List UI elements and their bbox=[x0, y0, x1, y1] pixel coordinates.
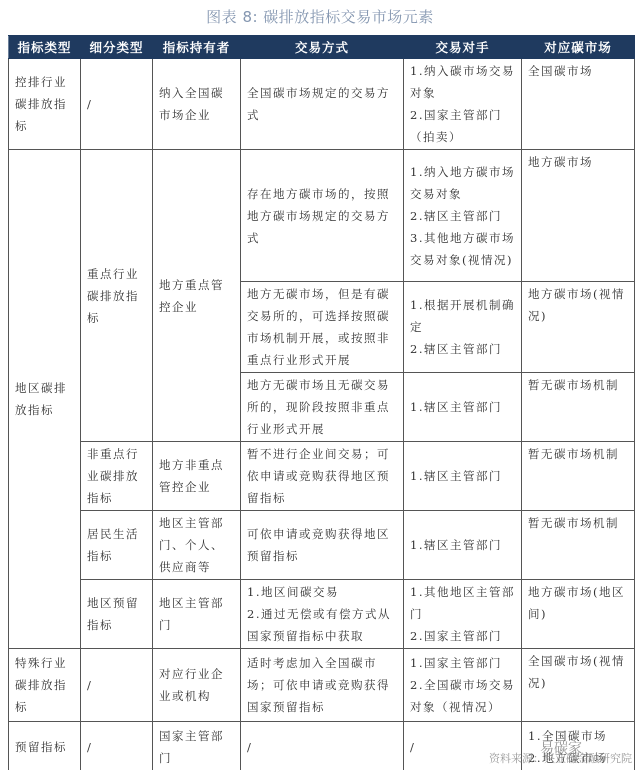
cell-subtype: 地区预留指标 bbox=[81, 580, 153, 649]
header-counterparty: 交易对手 bbox=[404, 36, 522, 59]
cell-method: 暂不进行企业间交易；可依申请或竞购获得地区预留指标 bbox=[241, 442, 404, 511]
table-row: 地区碳排放指标 重点行业碳排放指标 地方重点管控企业 存在地方碳市场的，按照地方… bbox=[9, 150, 635, 282]
cell-type: 地区碳排放指标 bbox=[9, 150, 81, 649]
cell-type: 控排行业碳排放指标 bbox=[9, 59, 81, 150]
cell-subtype: / bbox=[81, 59, 153, 150]
cell-market: 暂无碳市场机制 bbox=[522, 511, 635, 580]
header-market: 对应碳市场 bbox=[522, 36, 635, 59]
cell-method: 可依申请或竞购获得地区预留指标 bbox=[241, 511, 404, 580]
counterparty-line: 3.其他地方碳市场交易对象(视情况) bbox=[410, 227, 515, 271]
cell-method: 全国碳市场规定的交易方式 bbox=[241, 59, 404, 150]
header-holder: 指标持有者 bbox=[153, 36, 241, 59]
cell-method: 存在地方碳市场的，按照地方碳市场规定的交易方式 bbox=[241, 150, 404, 282]
cell-market: 地方碳市场(地区间) bbox=[522, 580, 635, 649]
source-note: 资料来源：兴业碳金融研究院 bbox=[489, 750, 632, 766]
counterparty-line: 2.全国碳市场交易对象（视情况） bbox=[410, 674, 515, 718]
cell-counterparty: 1.纳入地方碳市场交易对象 2.辖区主管部门 3.其他地方碳市场交易对象(视情况… bbox=[404, 150, 522, 282]
cell-market: 全国碳市场 bbox=[522, 59, 635, 150]
cell-market: 全国碳市场(视情况) bbox=[522, 649, 635, 722]
counterparty-line: 1.根据开展机制确定 bbox=[410, 294, 515, 338]
method-line: 2.通过无偿或有偿方式从国家预留指标中获取 bbox=[247, 603, 397, 647]
cell-subtype: 非重点行业碳排放指标 bbox=[81, 442, 153, 511]
header-method: 交易方式 bbox=[241, 36, 404, 59]
counterparty-line: 1.纳入地方碳市场交易对象 bbox=[410, 161, 515, 205]
cell-market: 暂无碳市场机制 bbox=[522, 442, 635, 511]
cell-counterparty: 1.国家主管部门 2.全国碳市场交易对象（视情况） bbox=[404, 649, 522, 722]
cell-market: 地方碳市场(视情况) bbox=[522, 282, 635, 373]
counterparty-line: 1.纳入碳市场交易对象 bbox=[410, 60, 515, 104]
table-row: 居民生活指标 地区主管部门、个人、供应商等 可依申请或竞购获得地区预留指标 1.… bbox=[9, 511, 635, 580]
cell-counterparty: 1.辖区主管部门 bbox=[404, 373, 522, 442]
table-row: 特殊行业碳排放指标 / 对应行业企业或机构 适时考虑加入全国碳市场；可依申请或竞… bbox=[9, 649, 635, 722]
cell-method: 适时考虑加入全国碳市场；可依申请或竞购获得国家预留指标 bbox=[241, 649, 404, 722]
cell-method: 地方无碳市场且无碳交易所的，现阶段按照非重点行业形式开展 bbox=[241, 373, 404, 442]
cell-counterparty: 1.根据开展机制确定 2.辖区主管部门 bbox=[404, 282, 522, 373]
figure-title: 图表 8: 碳排放指标交易市场元素 bbox=[0, 6, 640, 27]
cell-subtype: / bbox=[81, 649, 153, 722]
cell-holder: 地方非重点管控企业 bbox=[153, 442, 241, 511]
cell-subtype: 重点行业碳排放指标 bbox=[81, 150, 153, 442]
cell-counterparty: 1.纳入碳市场交易对象 2.国家主管部门（拍卖） bbox=[404, 59, 522, 150]
counterparty-line: 2.辖区主管部门 bbox=[410, 338, 515, 360]
header-type: 指标类型 bbox=[9, 36, 81, 59]
counterparty-line: 2.国家主管部门（拍卖） bbox=[410, 104, 515, 148]
cell-holder: 地区主管部门 bbox=[153, 580, 241, 649]
cell-counterparty: 1.其他地区主管部门 2.国家主管部门 bbox=[404, 580, 522, 649]
counterparty-line: 1.其他地区主管部门 bbox=[410, 581, 515, 625]
cell-method: 地方无碳市场，但是有碳交易所的，可选择按照碳市场机制开展，或按照非重点行业形式开… bbox=[241, 282, 404, 373]
cell-holder: 纳入全国碳市场企业 bbox=[153, 59, 241, 150]
cell-market: 暂无碳市场机制 bbox=[522, 373, 635, 442]
table-header-row: 指标类型 细分类型 指标持有者 交易方式 交易对手 对应碳市场 bbox=[9, 36, 635, 59]
carbon-market-table: 指标类型 细分类型 指标持有者 交易方式 交易对手 对应碳市场 控排行业碳排放指… bbox=[8, 35, 635, 770]
cell-counterparty: 1.辖区主管部门 bbox=[404, 442, 522, 511]
cell-holder: 对应行业企业或机构 bbox=[153, 649, 241, 722]
cell-subtype: / bbox=[81, 722, 153, 770]
cell-market: 地方碳市场 bbox=[522, 150, 635, 282]
cell-holder: 地方重点管控企业 bbox=[153, 150, 241, 442]
counterparty-line: 1.国家主管部门 bbox=[410, 652, 515, 674]
table-row: 地区预留指标 地区主管部门 1.地区间碳交易 2.通过无偿或有偿方式从国家预留指… bbox=[9, 580, 635, 649]
counterparty-line: 2.辖区主管部门 bbox=[410, 205, 515, 227]
cell-method: / bbox=[241, 722, 404, 770]
cell-subtype: 居民生活指标 bbox=[81, 511, 153, 580]
cell-counterparty: 1.辖区主管部门 bbox=[404, 511, 522, 580]
cell-holder: 地区主管部门、个人、供应商等 bbox=[153, 511, 241, 580]
cell-holder: 国家主管部门 bbox=[153, 722, 241, 770]
table-row: 非重点行业碳排放指标 地方非重点管控企业 暂不进行企业间交易；可依申请或竞购获得… bbox=[9, 442, 635, 511]
table-row: 控排行业碳排放指标 / 纳入全国碳市场企业 全国碳市场规定的交易方式 1.纳入碳… bbox=[9, 59, 635, 150]
method-line: 1.地区间碳交易 bbox=[247, 581, 397, 603]
cell-type: 预留指标 bbox=[9, 722, 81, 770]
cell-method: 1.地区间碳交易 2.通过无偿或有偿方式从国家预留指标中获取 bbox=[241, 580, 404, 649]
header-subtype: 细分类型 bbox=[81, 36, 153, 59]
counterparty-line: 2.国家主管部门 bbox=[410, 625, 515, 647]
cell-type: 特殊行业碳排放指标 bbox=[9, 649, 81, 722]
